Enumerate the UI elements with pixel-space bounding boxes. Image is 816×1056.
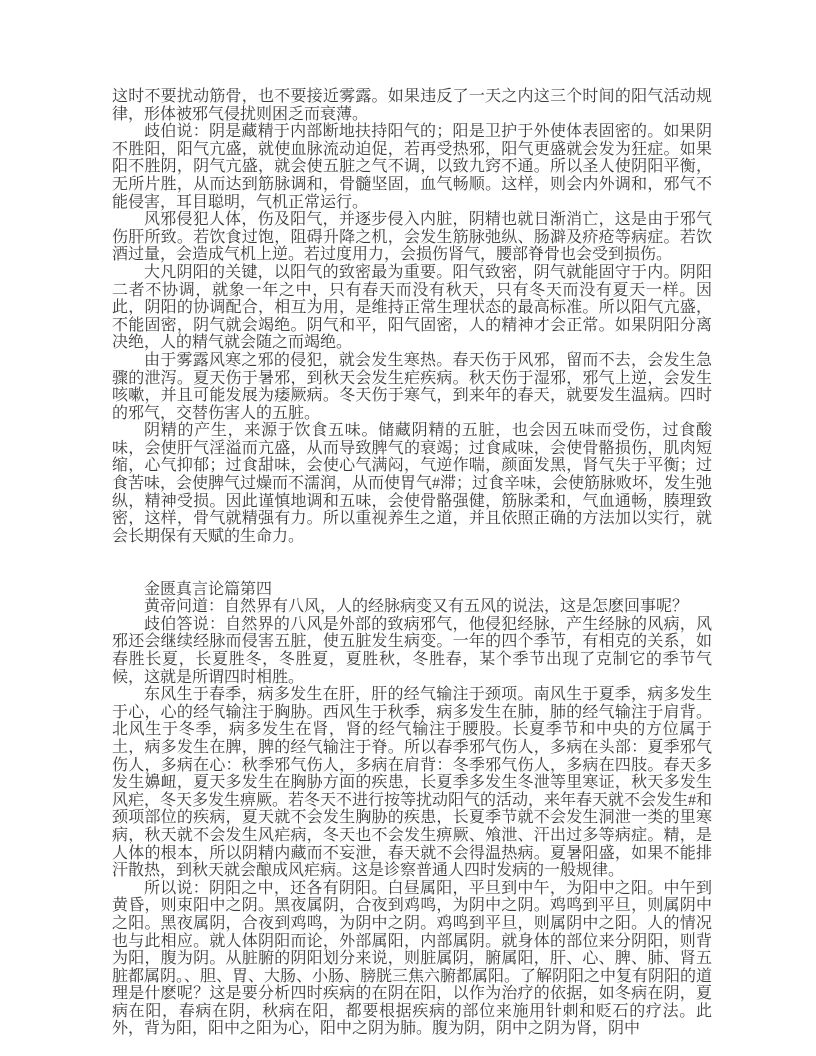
paragraph: 歧伯答说：自然界的八风是外部的致病邪气，他侵犯经脉，产生经脉的风病，风邪还会继续…: [112, 616, 712, 686]
paragraph: 由于雾露风寒之邪的侵犯，就会发生寒热。春天伤于风邪，留而不去，会发生急骤的泄泻。…: [112, 352, 712, 422]
document-page: 这时不要扰动筋骨，也不要接近雾露。如果违反了一天之内这三个时间的阳气活动规律，形…: [0, 0, 816, 1056]
paragraph: 黄帝问道：自然界有八风，人的经脉病变又有五风的说法，这是怎麽回事呢？: [112, 598, 712, 616]
paragraph: 这时不要扰动筋骨，也不要接近雾露。如果违反了一天之内这三个时间的阳气活动规律，形…: [112, 88, 712, 123]
paragraph: 风邪侵犯人体，伤及阳气，并逐步侵入内脏，阴精也就日渐消亡，这是由于邪气伤肝所致。…: [112, 211, 712, 264]
paragraph: 歧伯说：阴是藏精于内部断地扶持阳气的；阳是卫护于外使体表固密的。如果阴不胜阳，阳…: [112, 123, 712, 211]
section-title: 金匮真言论篇第四: [112, 581, 712, 599]
paragraph: 阴精的产生，来源于饮食五味。储藏阴精的五脏，也会因五味而受伤，过食酸味，会使肝气…: [112, 422, 712, 545]
paragraph: 大凡阴阳的关键，以阳气的致密最为重要。阳气致密，阴气就能固守于内。阴阳二者不协调…: [112, 264, 712, 352]
paragraph: 东风生于春季，病多发生在肝，肝的经气输注于颈项。南风生于夏季，病多发生于心，心的…: [112, 686, 712, 880]
paragraph: 所以说：阴阳之中，还各有阴阳。白昼属阳，平旦到中午，为阳中之阳。中午到黄昏，则束…: [112, 880, 712, 1038]
